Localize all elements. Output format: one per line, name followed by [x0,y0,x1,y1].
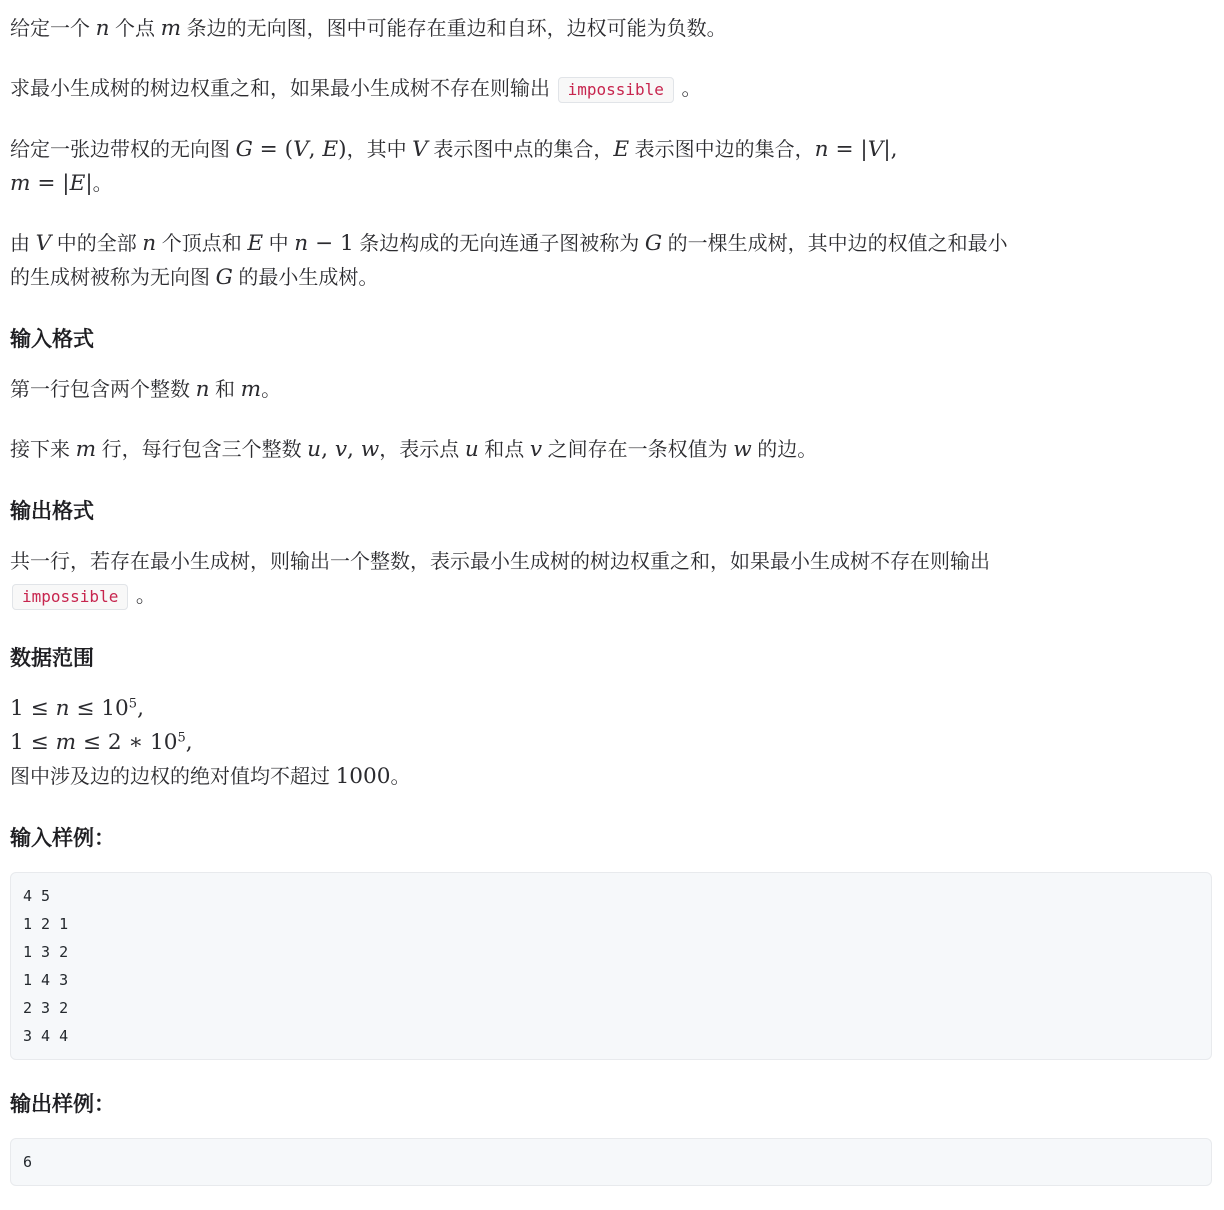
math-variable: E [247,231,263,256]
input-format-heading: 输入格式 [10,325,1212,355]
output-format-heading: 输出格式 [10,497,1212,527]
problem-statement: 给定一个 n 个点 m 条边的无向图，图中可能存在重边和自环，边权可能为负数。 … [10,12,1212,1186]
text-run: 和点 [479,439,530,461]
math-variable: G [645,231,662,256]
text-run: ，表示点 [379,439,465,461]
math-variable: G [216,265,233,290]
math-operator: 1000 [336,764,391,789]
text-run: 求最小生成树的树边权重之和，如果最小生成树不存在则输出 [10,78,556,100]
math-variable: m [76,437,96,462]
text-run: 图中涉及边的边权的绝对值均不超过 [10,766,336,788]
text-run: 的最小生成树。 [233,267,379,289]
math-variable: u [307,437,321,462]
math-variable: w [733,437,751,462]
input-format-paragraph-1: 第一行包含两个整数 n 和 m。 [10,373,1212,407]
math-variable: V [36,231,52,256]
math-operator: 1 ≤ [10,730,56,755]
math-operator: , [347,437,361,462]
output-format-paragraph: 共一行，若存在最小生成树，则输出一个整数，表示最小生成树的树边权重之和，如果最小… [10,545,1212,614]
math-operator: , [309,137,323,162]
text-run: 给定一张边带权的无向图 [10,139,236,161]
math-superscript: 5 [129,696,137,711]
math-operator: = | [30,171,69,196]
math-variable: V [293,137,309,162]
text-run: 给定一个 [10,18,96,40]
text-run: 由 [10,233,36,255]
text-run: 的一棵生成树，其中边的权值之和最小 [662,233,1008,255]
math-operator: , [321,437,335,462]
math-superscript: 5 [178,730,186,745]
text-run: 个点 [109,18,160,40]
math-variable: E [322,137,338,162]
text-run: 行，每行包含三个整数 [96,439,307,461]
math-variable: E [70,171,86,196]
math-variable: u [465,437,479,462]
output-sample-heading: 输出样例： [10,1090,1212,1120]
math-variable: v [530,437,542,462]
intro-paragraph: 给定一个 n 个点 m 条边的无向图，图中可能存在重边和自环，边权可能为负数。 [10,12,1212,46]
text-run: 。 [130,585,156,607]
text-run: ，其中 [347,139,413,161]
math-operator: ≤ 2 ∗ 10 [76,730,177,755]
math-operator: |, [883,137,897,162]
math-variable: n [142,231,156,256]
inline-code: impossible [12,584,128,610]
text-run: 表示图中边的集合， [629,139,815,161]
math-operator: , [137,696,144,721]
math-variable: m [161,16,181,41]
text-run: 条边构成的无向连通子图被称为 [354,233,645,255]
task-paragraph: 求最小生成树的树边权重之和，如果最小生成树不存在则输出 impossible 。 [10,72,1212,107]
text-run: 个顶点和 [156,233,247,255]
text-run: 的生成树被称为无向图 [10,267,216,289]
text-run: 共一行，若存在最小生成树，则输出一个整数，表示最小生成树的树边权重之和，如果最小… [10,551,990,573]
math-variable: w [361,437,379,462]
math-operator: = ( [253,137,293,162]
math-variable: n [96,16,110,41]
text-run: 第一行包含两个整数 [10,379,196,401]
input-sample-heading: 输入样例： [10,824,1212,854]
math-operator: = | [829,137,868,162]
math-operator: − 1 [308,231,354,256]
math-variable: E [613,137,629,162]
math-variable: V [868,137,884,162]
text-run: 和 [209,379,240,401]
math-variable: m [56,730,76,755]
math-variable: n [196,377,210,402]
math-variable: G [236,137,253,162]
math-variable: n [815,137,829,162]
math-operator: | [85,171,92,196]
text-run: 。 [391,766,411,788]
spanning-tree-definition-paragraph: 由 V 中的全部 n 个顶点和 E 中 n − 1 条边构成的无向连通子图被称为… [10,227,1212,295]
data-range-heading: 数据范围 [10,644,1212,674]
text-run: 接下来 [10,439,76,461]
text-run: 。 [676,78,702,100]
math-variable: n [294,231,308,256]
math-operator: , [186,730,193,755]
math-operator: 1 ≤ [10,696,56,721]
text-run: 的边。 [752,439,818,461]
inline-code: impossible [558,77,674,103]
input-format-paragraph-2: 接下来 m 行，每行包含三个整数 u, v, w，表示点 u 和点 v 之间存在… [10,433,1212,467]
math-variable: v [335,437,347,462]
data-range-paragraph: 1 ≤ n ≤ 105,1 ≤ m ≤ 2 ∗ 105,图中涉及边的边权的绝对值… [10,692,1212,794]
text-run: 中的全部 [51,233,142,255]
math-variable: V [412,137,428,162]
text-run: 条边的无向图，图中可能存在重边和自环，边权可能为负数。 [181,18,727,40]
math-operator: ≤ 10 [69,696,128,721]
math-variable: n [56,696,70,721]
text-run: 。 [261,379,281,401]
text-run: 。 [93,173,113,195]
math-variable: m [10,171,30,196]
graph-definition-paragraph: 给定一张边带权的无向图 G = (V, E)，其中 V 表示图中点的集合，E 表… [10,133,1212,201]
text-run: 表示图中点的集合， [428,139,614,161]
text-run: 中 [263,233,294,255]
math-variable: m [241,377,261,402]
input-sample-code-block: 4 5 1 2 1 1 3 2 1 4 3 2 3 2 3 4 4 [10,872,1212,1060]
text-run: 之间存在一条权值为 [542,439,733,461]
math-operator: ) [338,137,346,162]
output-sample-code-block: 6 [10,1138,1212,1186]
